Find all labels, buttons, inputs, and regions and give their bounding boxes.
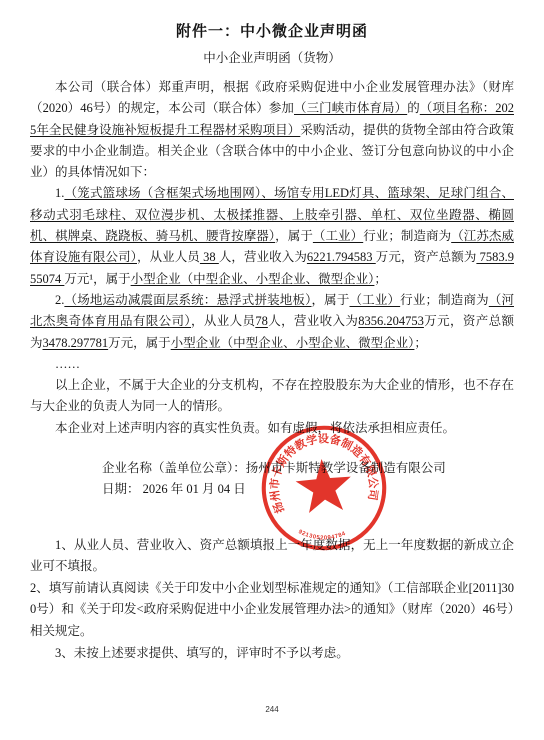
date-label: 日期： [102, 482, 140, 496]
note-1: 1、从业人员、营业收入、资产总额填报上一年度数据，无上一年度数据的新成立企业可不… [30, 535, 514, 578]
notes-block: 1、从业人员、营业收入、资产总额填报上一年度数据，无上一年度数据的新成立企业可不… [30, 535, 514, 665]
declaration-document-page: 附件一：中小微企业声明函 中小企业声明函（货物） 本公司（联合体）郑重声明，根据… [0, 0, 544, 740]
para-responsibility: 本企业对上述声明内容的真实性负责。如有虚假，将依法承担相应责任。 [30, 418, 514, 439]
note-3: 3、未按上述要求提供、填写的，评审时不予以考虑。 [30, 643, 514, 665]
document-content: 附件一：中小微企业声明函 中小企业声明函（货物） 本公司（联合体）郑重声明，根据… [30, 0, 514, 664]
para-no-large-enterprise: 以上企业，不属于大企业的分支机构，不存在控股股东为大企业的情形，也不存在与大企业… [30, 375, 514, 418]
date-line: 日期： 2026 年 01 月 04 日 [102, 479, 514, 500]
note-2: 2、填写前请认真阅读《关于印发中小企业划型标准规定的通知》（工信部联企业[201… [30, 578, 514, 643]
company-name-label: 企业名称（盖单位公章）： [102, 461, 246, 475]
signature-block: 企业名称（盖单位公章）：扬州市卡斯特教学设备制造有限公司 日期： 2026 年 … [102, 458, 514, 501]
para-item-2: 2.（场地运动减震面层系统：悬浮式拼装地板），属于（工业）行业；制造商为（河北杰… [30, 290, 514, 354]
declaration-body: 本公司（联合体）郑重声明，根据《政府采购促进中小企业发展管理办法》（财库（202… [30, 77, 514, 439]
attachment-title: 附件一：中小微企业声明函 [30, 20, 514, 41]
date-value: 2026 年 01 月 04 日 [143, 482, 246, 496]
company-name-line: 企业名称（盖单位公章）：扬州市卡斯特教学设备制造有限公司 [102, 458, 514, 479]
para-ellipsis: …… [30, 354, 514, 375]
company-name-value: 扬州市卡斯特教学设备制造有限公司 [246, 461, 446, 475]
page-number: 244 [0, 705, 544, 714]
para-intro: 本公司（联合体）郑重声明，根据《政府采购促进中小企业发展管理办法》（财库（202… [30, 77, 514, 183]
declaration-title: 中小企业声明函（货物） [30, 48, 514, 66]
para-item-1: 1.（笼式篮球场（含框架式场地围网）、场馆专用LED灯具、篮球架、足球门组合、移… [30, 183, 514, 289]
